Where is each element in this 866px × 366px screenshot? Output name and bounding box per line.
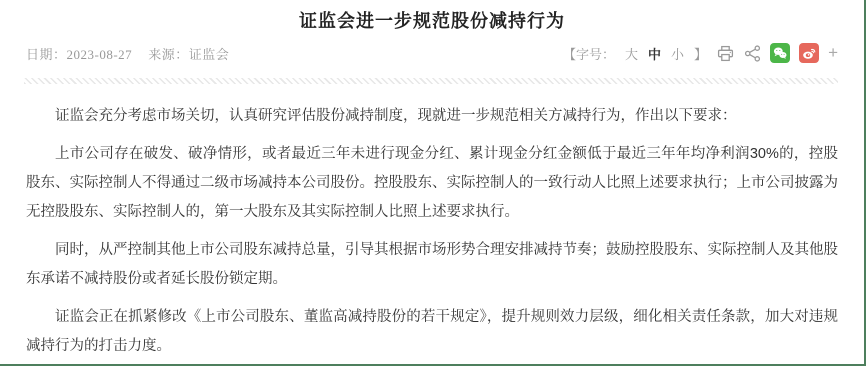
- more-share-button[interactable]: +: [828, 44, 838, 62]
- article-body: 证监会充分考虑市场关切，认真研究评估股份减持制度，现就进一步规范相关方减持行为，…: [0, 84, 864, 361]
- wechat-icon[interactable]: [770, 43, 790, 63]
- article-paragraph: 证监会正在抓紧修改《上市公司股东、董监高减持股份的若干规定》，提升规则效力层级，…: [26, 303, 838, 361]
- font-size-control: 【字号： 大 中 小 】: [563, 44, 707, 63]
- font-size-suffix: 】: [694, 44, 707, 63]
- source-label: 来源：: [148, 47, 189, 62]
- article-toolbar: 【字号： 大 中 小 】: [563, 43, 838, 63]
- source-value: 证监会: [189, 47, 230, 62]
- weibo-icon[interactable]: [799, 43, 819, 63]
- share-icon[interactable]: [743, 44, 761, 62]
- page-title: 证监会进一步规范股份减持行为: [0, 0, 864, 34]
- font-size-small-button[interactable]: 小: [671, 44, 684, 63]
- article-paragraph: 上市公司存在破发、破净情形，或者最近三年未进行现金分红、累计现金分红金额低于最近…: [26, 140, 838, 227]
- date-label: 日期：: [26, 47, 67, 62]
- article-paragraph: 证监会充分考虑市场关切，认真研究评估股份减持制度，现就进一步规范相关方减持行为，…: [26, 102, 838, 131]
- article-page: 证监会进一步规范股份减持行为 日期：2023-08-27来源：证监会 【字号： …: [0, 0, 866, 366]
- font-size-large-button[interactable]: 大: [625, 44, 638, 63]
- font-size-prefix: 【字号：: [563, 44, 615, 63]
- article-meta: 日期：2023-08-27来源：证监会: [26, 44, 229, 63]
- date-value: 2023-08-27: [67, 47, 133, 62]
- article-paragraph: 同时，从严控制其他上市公司股东减持总量，引导其根据市场形势合理安排减持节奏；鼓励…: [26, 236, 838, 294]
- meta-row: 日期：2023-08-27来源：证监会 【字号： 大 中 小 】: [0, 34, 864, 64]
- print-icon[interactable]: [716, 44, 734, 62]
- font-size-medium-button[interactable]: 中: [648, 44, 661, 63]
